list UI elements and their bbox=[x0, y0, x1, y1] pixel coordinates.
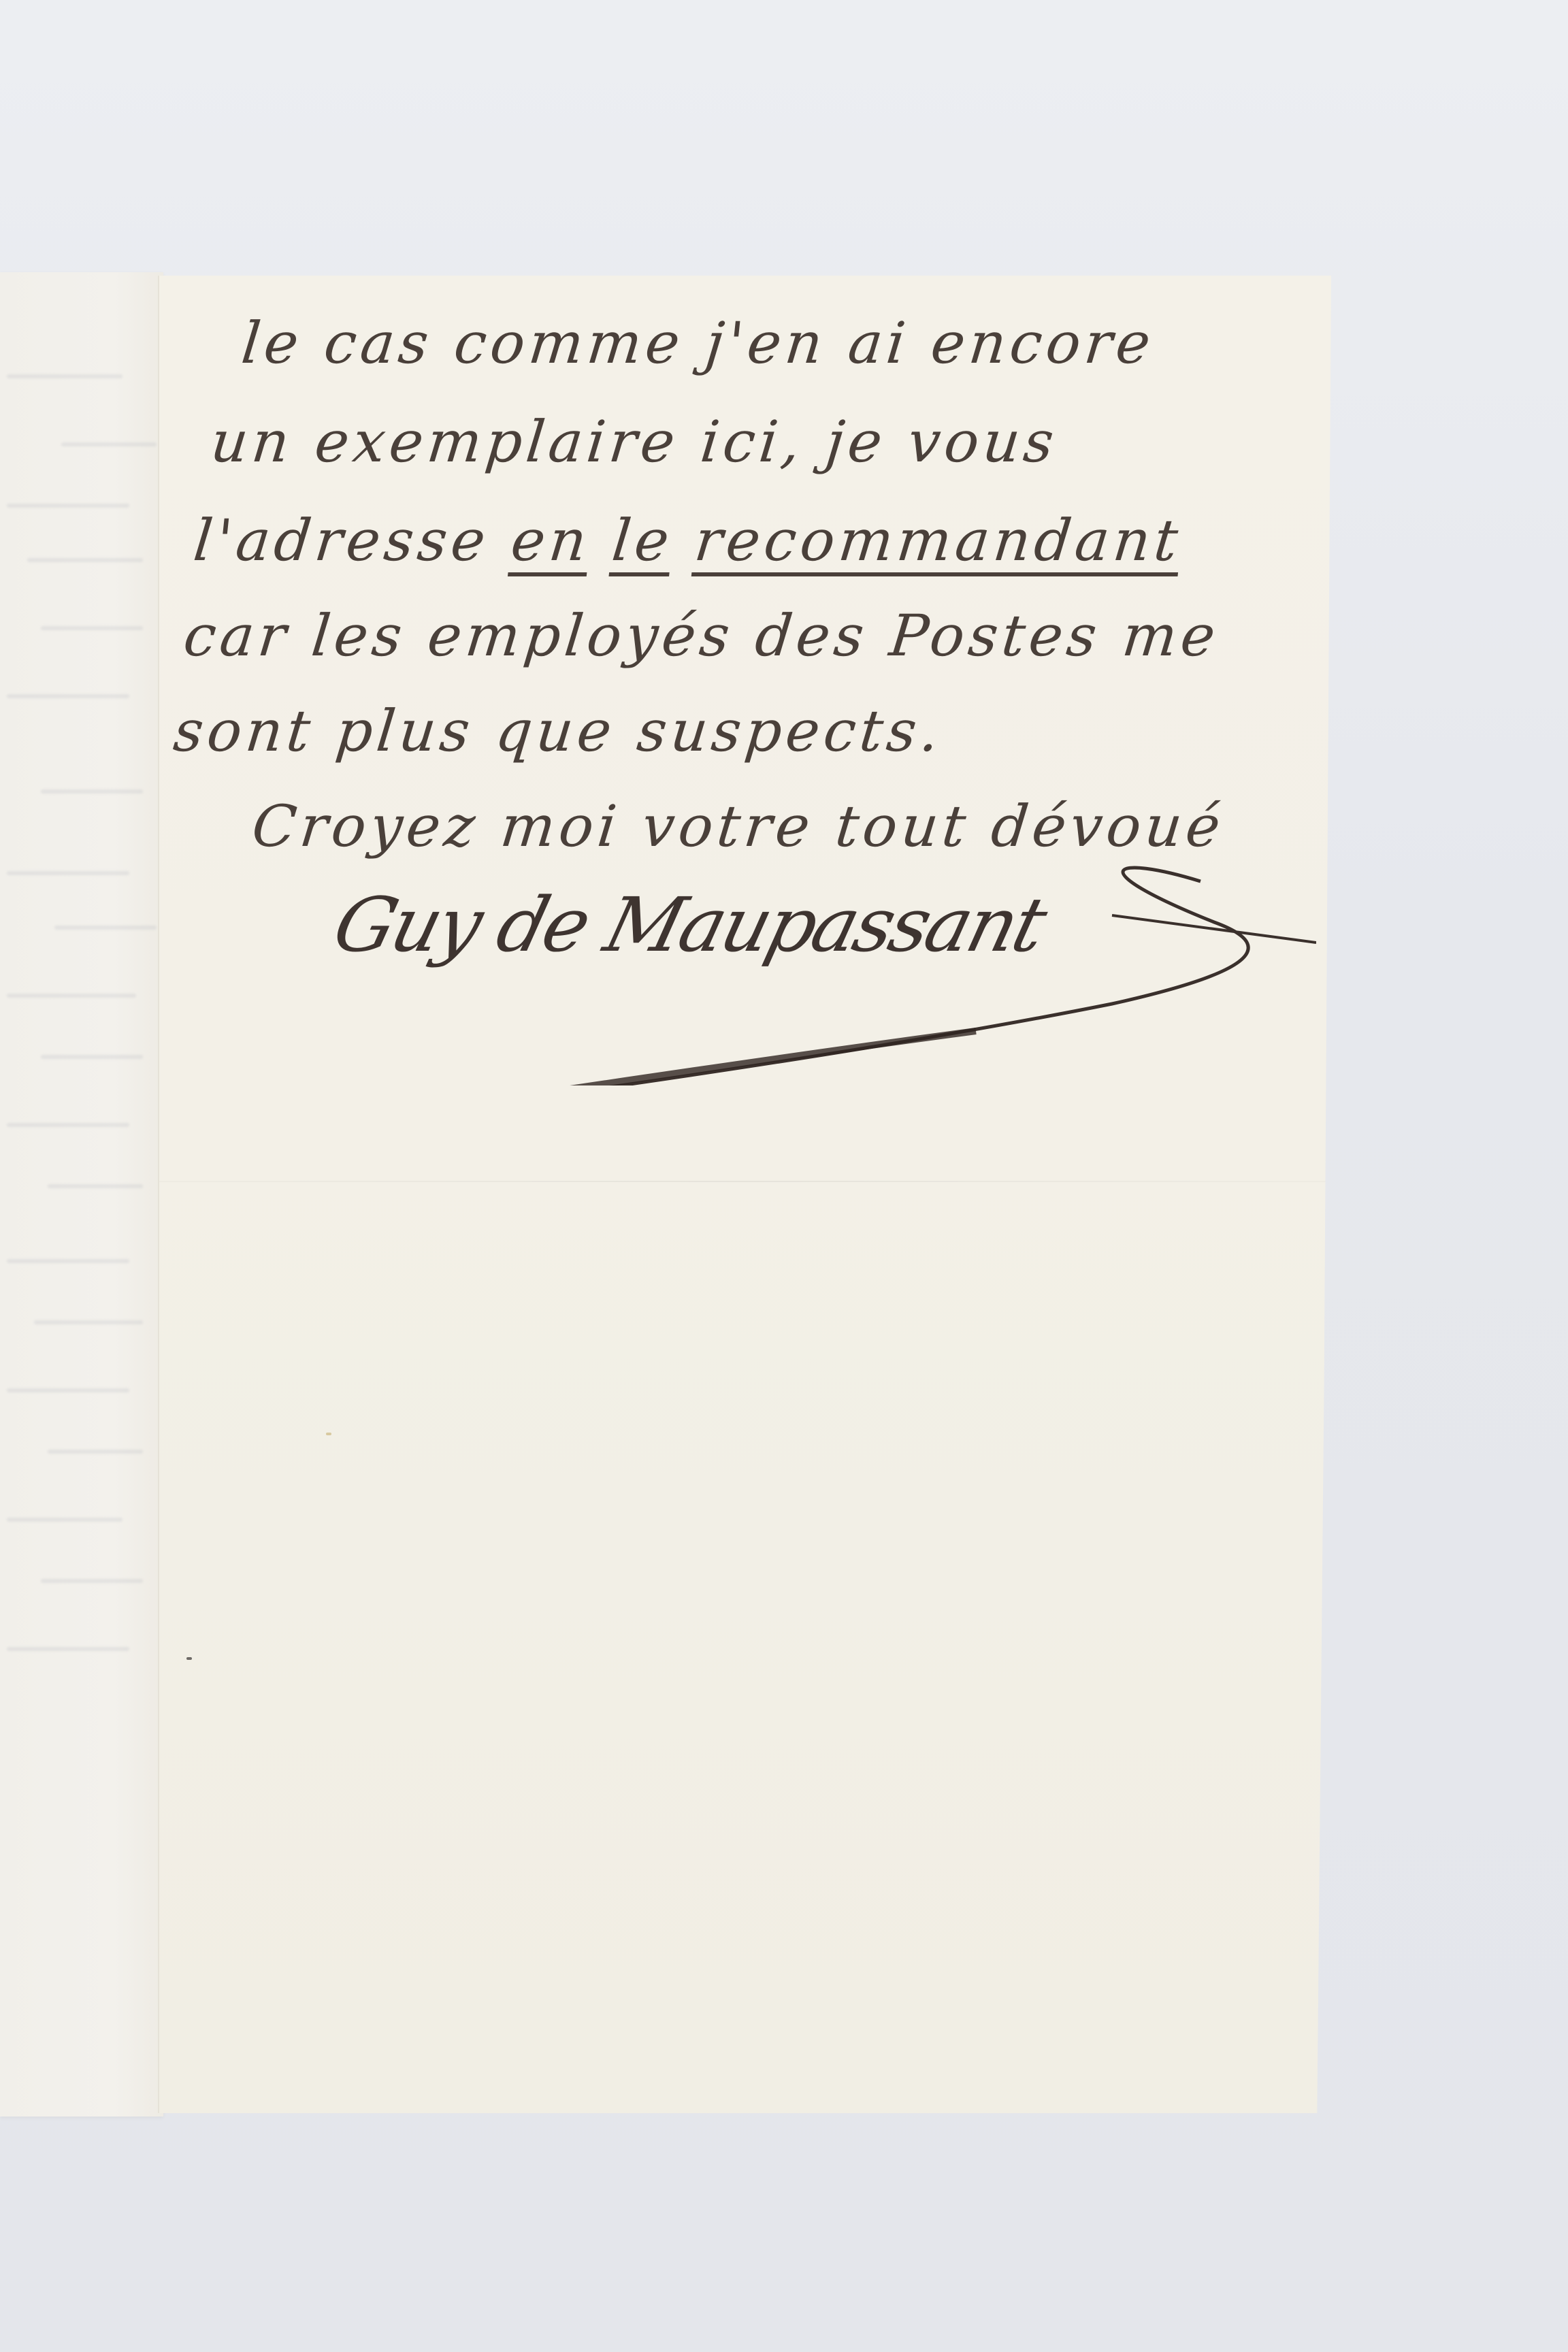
letter-text: l'adresse bbox=[191, 507, 515, 574]
signature: Guy de Maupassant bbox=[295, 800, 1316, 1085]
signature-text: Guy de Maupassant bbox=[325, 881, 1053, 968]
horizontal-fold-crease bbox=[159, 1181, 1331, 1182]
paper-speck bbox=[326, 1433, 331, 1435]
show-through-line bbox=[41, 789, 143, 794]
paper-speck bbox=[186, 1657, 192, 1660]
letter-page: le cas comme j'en ai encore un exemplair… bbox=[158, 276, 1331, 2113]
show-through-line bbox=[41, 1579, 143, 1583]
show-through-line bbox=[7, 694, 129, 698]
letter-line: un exemplaire ici, je vous bbox=[208, 408, 1061, 475]
show-through-line bbox=[7, 1647, 129, 1651]
letter-line: l'adresse en le recommandant bbox=[191, 507, 1185, 574]
show-through-line bbox=[7, 1123, 129, 1127]
show-through-line bbox=[48, 1184, 143, 1188]
show-through-line bbox=[7, 1388, 129, 1392]
show-through-line bbox=[7, 1259, 129, 1263]
show-through-line bbox=[41, 626, 143, 630]
show-through-line bbox=[54, 926, 157, 930]
show-through-line bbox=[61, 442, 157, 446]
show-through-line bbox=[7, 374, 122, 378]
show-through-line bbox=[48, 1450, 143, 1454]
underlined-word: le bbox=[609, 507, 676, 574]
show-through-line bbox=[7, 1518, 122, 1522]
show-through-line bbox=[7, 994, 136, 998]
letter-line: sont plus que suspects. bbox=[171, 698, 947, 764]
letter-line: car les employés des Postes me bbox=[180, 602, 1222, 669]
underlined-word: en bbox=[508, 507, 593, 574]
show-through-line bbox=[27, 558, 143, 562]
left-sheet bbox=[0, 272, 163, 2117]
show-through-line bbox=[41, 1055, 143, 1059]
underlined-word: recommandant bbox=[691, 507, 1185, 574]
letter-line: le cas comme j'en ai encore bbox=[239, 310, 1158, 376]
show-through-line bbox=[34, 1320, 143, 1324]
show-through-line bbox=[7, 871, 129, 875]
show-through-line bbox=[7, 504, 129, 508]
